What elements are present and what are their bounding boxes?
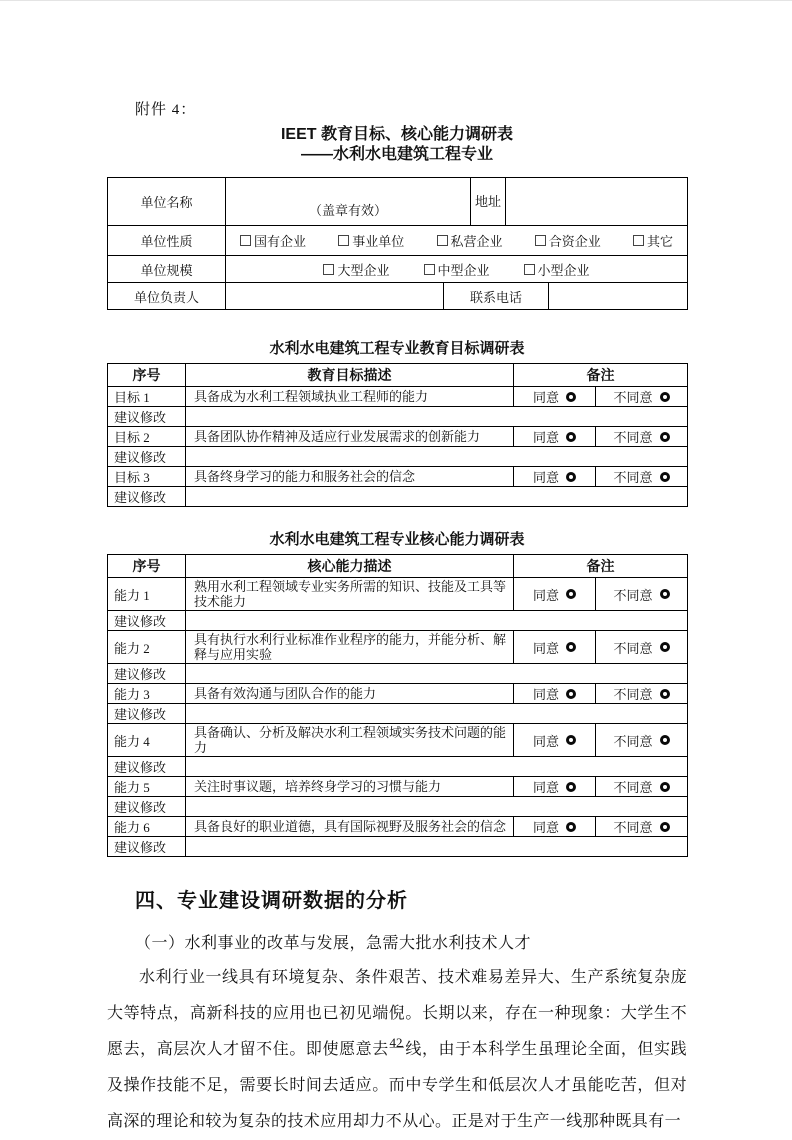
ability-description: 具备确认、分析及解决水利工程领域实务技术问题的能力 <box>186 724 514 757</box>
ability-number: 能力 1 <box>108 578 186 611</box>
radio-icon[interactable] <box>660 472 670 482</box>
agree-option: 同意 <box>514 467 596 487</box>
option-label: 国有企业 <box>254 231 306 250</box>
table-row: 建议修改 <box>108 447 688 467</box>
suggest-edit-label: 建议修改 <box>108 487 186 507</box>
agree-label: 同意 <box>533 638 559 657</box>
option-label: 小型企业 <box>538 260 590 279</box>
table-row: 能力 1 熟用水利工程领域专业实务所需的知识、技能及工具等技术能力 同意 不同意 <box>108 578 688 611</box>
table-header-row: 序号 核心能力描述 备注 <box>108 555 688 578</box>
disagree-option: 不同意 <box>596 631 688 664</box>
disagree-option: 不同意 <box>596 467 688 487</box>
suggest-edit-label: 建议修改 <box>108 757 186 777</box>
unit-scale-options: 大型企业 中型企业 小型企业 <box>226 256 688 283</box>
table-row: 建议修改 <box>108 704 688 724</box>
option-label: 私营企业 <box>451 231 503 250</box>
disagree-label: 不同意 <box>613 387 652 406</box>
radio-icon[interactable] <box>660 689 670 699</box>
agree-option: 同意 <box>514 724 596 757</box>
radio-icon[interactable] <box>566 589 576 599</box>
agree-option: 同意 <box>514 777 596 797</box>
disagree-label: 不同意 <box>613 427 652 446</box>
suggest-edit-label: 建议修改 <box>108 447 186 467</box>
agree-label: 同意 <box>533 731 559 750</box>
disagree-option: 不同意 <box>596 578 688 611</box>
goal-number: 目标 2 <box>108 427 186 447</box>
unit-scale-label: 单位规模 <box>108 256 226 283</box>
document-page: 附件 4： IEET 教育目标、核心能力调研表 ——水利水电建筑工程专业 单位名… <box>0 0 792 1122</box>
core-abilities-table: 序号 核心能力描述 备注 能力 1 熟用水利工程领域专业实务所需的知识、技能及工… <box>107 554 688 857</box>
table-row: 能力 5 关注时事议题，培养终身学习的习惯与能力 同意 不同意 <box>108 777 688 797</box>
goal-description: 具备成为水利工程领域执业工程师的能力 <box>186 387 514 407</box>
ability-number: 能力 3 <box>108 684 186 704</box>
radio-icon[interactable] <box>566 689 576 699</box>
agree-label: 同意 <box>533 817 559 836</box>
unit-name-input-cell[interactable]: （盖章有效） <box>226 178 471 226</box>
col-header-note: 备注 <box>514 555 688 578</box>
option-label: 事业单位 <box>352 231 404 250</box>
page-content: 附件 4： IEET 教育目标、核心能力调研表 ——水利水电建筑工程专业 单位名… <box>107 1 687 1140</box>
disagree-label: 不同意 <box>613 777 652 796</box>
ability-number: 能力 6 <box>108 817 186 837</box>
disagree-label: 不同意 <box>613 684 652 703</box>
disagree-option: 不同意 <box>596 777 688 797</box>
radio-icon[interactable] <box>566 472 576 482</box>
checkbox-icon[interactable] <box>437 235 448 246</box>
phone-label: 联系电话 <box>444 283 549 310</box>
address-label: 地址 <box>471 178 506 226</box>
suggest-edit-input-cell[interactable] <box>186 664 688 684</box>
disagree-label: 不同意 <box>613 731 652 750</box>
agree-label: 同意 <box>533 467 559 486</box>
unit-nature-label: 单位性质 <box>108 226 226 256</box>
disagree-option: 不同意 <box>596 684 688 704</box>
nature-option: 其它 <box>633 231 673 250</box>
table-row: 能力 2 具有执行水利行业标准作业程序的能力，并能分析、解释与应用实验 同意 不… <box>108 631 688 664</box>
table-row: 建议修改 <box>108 611 688 631</box>
scale-option: 中型企业 <box>424 260 490 279</box>
table-row: 建议修改 <box>108 407 688 427</box>
table-row: 目标 1 具备成为水利工程领域执业工程师的能力 同意 不同意 <box>108 387 688 407</box>
checkbox-icon[interactable] <box>323 264 334 275</box>
ability-description: 具备良好的职业道德，具有国际视野及服务社会的信念 <box>186 817 514 837</box>
col-header-note: 备注 <box>514 364 688 387</box>
unit-head-input-cell[interactable] <box>226 283 444 310</box>
unit-head-label: 单位负责人 <box>108 283 226 310</box>
agree-label: 同意 <box>533 427 559 446</box>
ability-number: 能力 5 <box>108 777 186 797</box>
table-row: 建议修改 <box>108 837 688 857</box>
disagree-option: 不同意 <box>596 724 688 757</box>
table-row: 建议修改 <box>108 487 688 507</box>
suggest-edit-label: 建议修改 <box>108 664 186 684</box>
seal-note: （盖章有效） <box>309 203 387 218</box>
suggest-edit-label: 建议修改 <box>108 837 186 857</box>
suggest-edit-input-cell[interactable] <box>186 487 688 507</box>
document-subtitle: ——水利水电建筑工程专业 <box>107 145 687 165</box>
disagree-label: 不同意 <box>613 817 652 836</box>
ability-number: 能力 2 <box>108 631 186 664</box>
scale-option: 小型企业 <box>524 260 590 279</box>
agree-label: 同意 <box>533 777 559 796</box>
ability-description: 具有执行水利行业标准作业程序的能力，并能分析、解释与应用实验 <box>186 631 514 664</box>
option-label: 合资企业 <box>549 231 601 250</box>
suggest-edit-input-cell[interactable] <box>186 407 688 427</box>
col-header-desc: 教育目标描述 <box>186 364 514 387</box>
ability-description: 熟用水利工程领域专业实务所需的知识、技能及工具等技术能力 <box>186 578 514 611</box>
ability-description: 具备有效沟通与团队合作的能力 <box>186 684 514 704</box>
nature-option: 国有企业 <box>240 231 306 250</box>
radio-icon[interactable] <box>660 642 670 652</box>
ability-number: 能力 4 <box>108 724 186 757</box>
attachment-label: 附件 4： <box>135 98 687 119</box>
section-subheading: （一）水利事业的改革与发展，急需大批水利技术人才 <box>135 930 687 953</box>
option-label: 中型企业 <box>438 260 490 279</box>
table-row: 单位名称 （盖章有效） 地址 <box>108 178 688 226</box>
suggest-edit-label: 建议修改 <box>108 797 186 817</box>
nature-option: 事业单位 <box>338 231 404 250</box>
page-number: 42 <box>0 1035 792 1051</box>
suggest-edit-input-cell[interactable] <box>186 797 688 817</box>
table-row: 单位负责人 联系电话 <box>108 283 688 310</box>
disagree-option: 不同意 <box>596 387 688 407</box>
radio-icon[interactable] <box>660 589 670 599</box>
radio-icon[interactable] <box>566 735 576 745</box>
table-row: 单位规模 大型企业 中型企业 小型企业 <box>108 256 688 283</box>
goal-number: 目标 1 <box>108 387 186 407</box>
nature-option: 合资企业 <box>535 231 601 250</box>
goal-description: 具备终身学习的能力和服务社会的信念 <box>186 467 514 487</box>
disagree-label: 不同意 <box>613 585 652 604</box>
unit-name-label: 单位名称 <box>108 178 226 226</box>
phone-input-cell[interactable] <box>549 283 688 310</box>
table-row: 建议修改 <box>108 797 688 817</box>
suggest-edit-label: 建议修改 <box>108 704 186 724</box>
agree-option: 同意 <box>514 684 596 704</box>
agree-label: 同意 <box>533 387 559 406</box>
disagree-label: 不同意 <box>613 638 652 657</box>
radio-icon[interactable] <box>660 782 670 792</box>
agree-option: 同意 <box>514 387 596 407</box>
table-row: 能力 6 具备良好的职业道德，具有国际视野及服务社会的信念 同意 不同意 <box>108 817 688 837</box>
radio-icon[interactable] <box>566 642 576 652</box>
table-row: 目标 2 具备团队协作精神及适应行业发展需求的创新能力 同意 不同意 <box>108 427 688 447</box>
radio-icon[interactable] <box>566 432 576 442</box>
section-heading: 四、专业建设调研数据的分析 <box>135 884 687 913</box>
suggest-edit-input-cell[interactable] <box>186 757 688 777</box>
radio-icon[interactable] <box>660 432 670 442</box>
radio-icon[interactable] <box>660 392 670 402</box>
scale-option: 大型企业 <box>323 260 389 279</box>
disagree-option: 不同意 <box>596 427 688 447</box>
agree-option: 同意 <box>514 578 596 611</box>
col-header-no: 序号 <box>108 364 186 387</box>
ability-description: 关注时事议题，培养终身学习的习惯与能力 <box>186 777 514 797</box>
education-goals-table: 序号 教育目标描述 备注 目标 1 具备成为水利工程领域执业工程师的能力 同意 … <box>107 363 688 507</box>
radio-icon[interactable] <box>566 782 576 792</box>
address-input-cell[interactable] <box>506 178 688 226</box>
radio-icon[interactable] <box>566 822 576 832</box>
suggest-edit-input-cell[interactable] <box>186 837 688 857</box>
radio-icon[interactable] <box>660 822 670 832</box>
suggest-edit-input-cell[interactable] <box>186 704 688 724</box>
option-label: 大型企业 <box>337 260 389 279</box>
checkbox-icon[interactable] <box>633 235 644 246</box>
goal-description: 具备团队协作精神及适应行业发展需求的创新能力 <box>186 427 514 447</box>
checkbox-icon[interactable] <box>338 235 349 246</box>
col-header-no: 序号 <box>108 555 186 578</box>
suggest-edit-label: 建议修改 <box>108 611 186 631</box>
abilities-table-title: 水利水电建筑工程专业核心能力调研表 <box>107 528 687 549</box>
goal-number: 目标 3 <box>108 467 186 487</box>
suggest-edit-input-cell[interactable] <box>186 611 688 631</box>
unit-info-table: 单位名称 （盖章有效） 地址 单位性质 国有企业 事业单位 私营企业 合资企业 … <box>107 177 688 310</box>
agree-option: 同意 <box>514 817 596 837</box>
suggest-edit-label: 建议修改 <box>108 407 186 427</box>
unit-nature-options: 国有企业 事业单位 私营企业 合资企业 其它 <box>226 226 688 256</box>
agree-label: 同意 <box>533 684 559 703</box>
agree-option: 同意 <box>514 427 596 447</box>
agree-option: 同意 <box>514 631 596 664</box>
radio-icon[interactable] <box>566 392 576 402</box>
nature-option: 私营企业 <box>437 231 503 250</box>
table-row: 建议修改 <box>108 664 688 684</box>
disagree-option: 不同意 <box>596 817 688 837</box>
table-row: 能力 4 具备确认、分析及解决水利工程领域实务技术问题的能力 同意 不同意 <box>108 724 688 757</box>
table-row: 能力 3 具备有效沟通与团队合作的能力 同意 不同意 <box>108 684 688 704</box>
checkbox-icon[interactable] <box>424 264 435 275</box>
disagree-label: 不同意 <box>613 467 652 486</box>
checkbox-icon[interactable] <box>524 264 535 275</box>
goals-table-title: 水利水电建筑工程专业教育目标调研表 <box>107 337 687 358</box>
option-label: 其它 <box>647 231 673 250</box>
table-header-row: 序号 教育目标描述 备注 <box>108 364 688 387</box>
table-row: 单位性质 国有企业 事业单位 私营企业 合资企业 其它 <box>108 226 688 256</box>
checkbox-icon[interactable] <box>535 235 546 246</box>
col-header-desc: 核心能力描述 <box>186 555 514 578</box>
document-title: IEET 教育目标、核心能力调研表 <box>107 125 687 145</box>
checkbox-icon[interactable] <box>240 235 251 246</box>
agree-label: 同意 <box>533 585 559 604</box>
table-row: 建议修改 <box>108 757 688 777</box>
suggest-edit-input-cell[interactable] <box>186 447 688 467</box>
radio-icon[interactable] <box>660 735 670 745</box>
table-row: 目标 3 具备终身学习的能力和服务社会的信念 同意 不同意 <box>108 467 688 487</box>
